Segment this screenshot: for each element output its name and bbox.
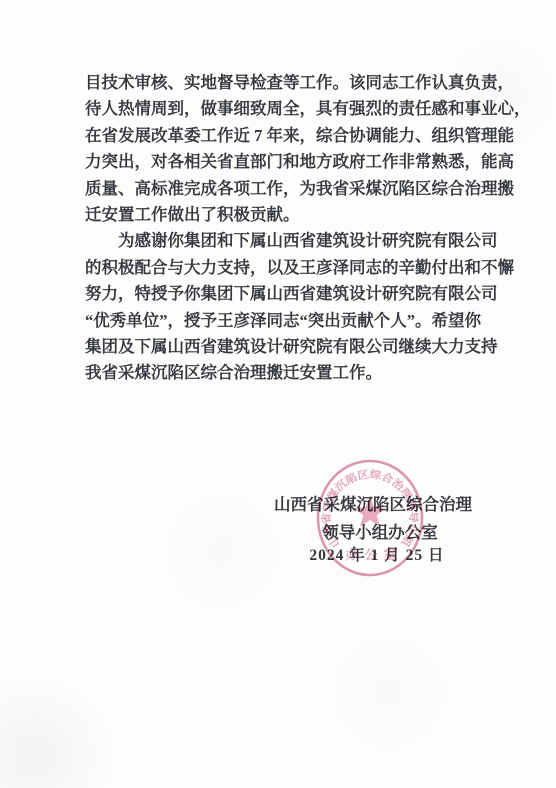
scanned-letter-page: 目技术审核、实地督导检查等工作。该同志工作认真负责， 待人热情周到，做事细致周全… [0,0,556,788]
body-line: 努力，特授予你集团下属山西省建筑设计研究院有限公司 [85,281,493,307]
body-line: 在省发展改革委工作近 7 年来，综合协调能力、组织管理能 [85,123,493,149]
body-line: 集团及下属山西省建筑设计研究院有限公司继续大力支持 [85,334,493,360]
body-line: 我省采煤沉陷区综合治理搬迁安置工作。 [85,360,493,386]
body-line-paragraph-start: 为感谢你集团和下属山西省建筑设计研究院有限公司 [85,228,493,254]
body-line: 力突出，对各相关省直部门和地方政府工作非常熟悉，能高 [85,149,493,175]
body-line: “优秀单位”，授予王彦泽同志“突出贡献个人”。希望你 [85,308,493,334]
body-line: 的积极配合与大力支持，以及王彦泽同志的辛勤付出和不懈 [85,255,493,281]
body-line: 目技术审核、实地督导检查等工作。该同志工作认真负责， [85,70,493,96]
seal-star-icon [354,496,386,527]
body-line: 迁安置工作做出了积极贡献。 [85,202,493,228]
official-seal-stamp: 山西省采煤沉陷区综合治理领导小组 办公室 [313,457,429,581]
body-line: 质量、高标准完成各项工作，为我省采煤沉陷区综合治理搬 [85,176,493,202]
letter-body: 目技术审核、实地督导检查等工作。该同志工作认真负责， 待人热情周到，做事细致周全… [85,70,493,387]
body-line: 待人热情周到，做事细致周全，具有强烈的责任感和事业心， [85,96,493,122]
seal-bottom-text: 办公室 [345,547,402,562]
